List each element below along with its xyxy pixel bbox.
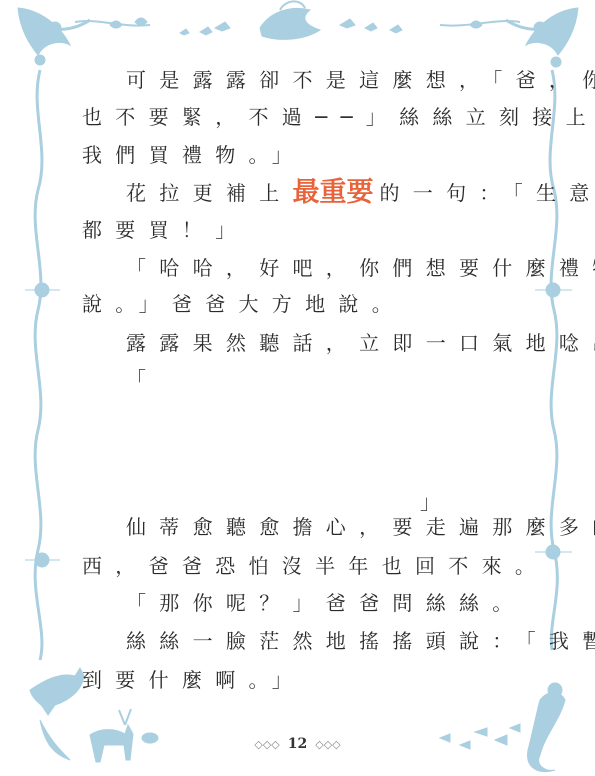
open-quote: 「 <box>126 367 159 391</box>
page-number-value: 12 <box>288 736 307 752</box>
paragraph-line: 也不要緊，不過──」絲絲立刻接上：「記得給 <box>82 105 595 129</box>
paragraph-line: 可是露露卻不是這麼想，「爸，你晚些回來 <box>126 68 595 92</box>
paragraph-line: 到要什麼啊。」 <box>82 668 305 692</box>
floral-vine-left-icon <box>25 70 60 660</box>
text-before-emphasis: 花拉更補上 <box>126 181 293 205</box>
diamond-decoration-icon: ◇◇◇ <box>315 738 340 751</box>
paragraph-line: 都要買！」 <box>82 218 249 242</box>
floral-corner-top-right-icon <box>440 8 578 67</box>
paragraph-line: 說。」爸爸大方地說。 <box>82 292 405 316</box>
paragraph-line: 「那你呢？」爸爸問絲絲。 <box>126 591 526 615</box>
page-number: ◇◇◇12◇◇◇ <box>0 736 595 752</box>
text-after-emphasis: 的一句：「生意談不成 <box>380 181 595 205</box>
mermaid-icon <box>440 683 565 772</box>
paragraph-line: 露露果然聽話，立即一口氣地唸出來： <box>126 331 595 355</box>
paragraph-line: 絲絲一臉茫然地搖搖頭說：「我暫時還沒想 <box>126 629 595 653</box>
swan-icon <box>180 1 402 39</box>
paragraph-line: 西，爸爸恐怕沒半年也回不來。 <box>82 554 548 578</box>
close-quote: 」 <box>420 486 440 515</box>
paragraph-line: 「哈哈，好吧，你們想要什麼禮物？即管 <box>126 256 595 280</box>
paragraph-line-with-emphasis: 花拉更補上最重要的一句：「生意談不成 <box>126 180 595 205</box>
floral-corner-top-left-icon <box>18 8 150 65</box>
paragraph-line: 仙蒂愈聽愈擔心，要走遍那麼多的地方買東 <box>126 515 595 539</box>
emphasized-text: 最重要 <box>293 177 374 208</box>
diamond-decoration-icon: ◇◇◇ <box>254 738 279 751</box>
paragraph-line: 我們買禮物。」 <box>82 143 305 167</box>
